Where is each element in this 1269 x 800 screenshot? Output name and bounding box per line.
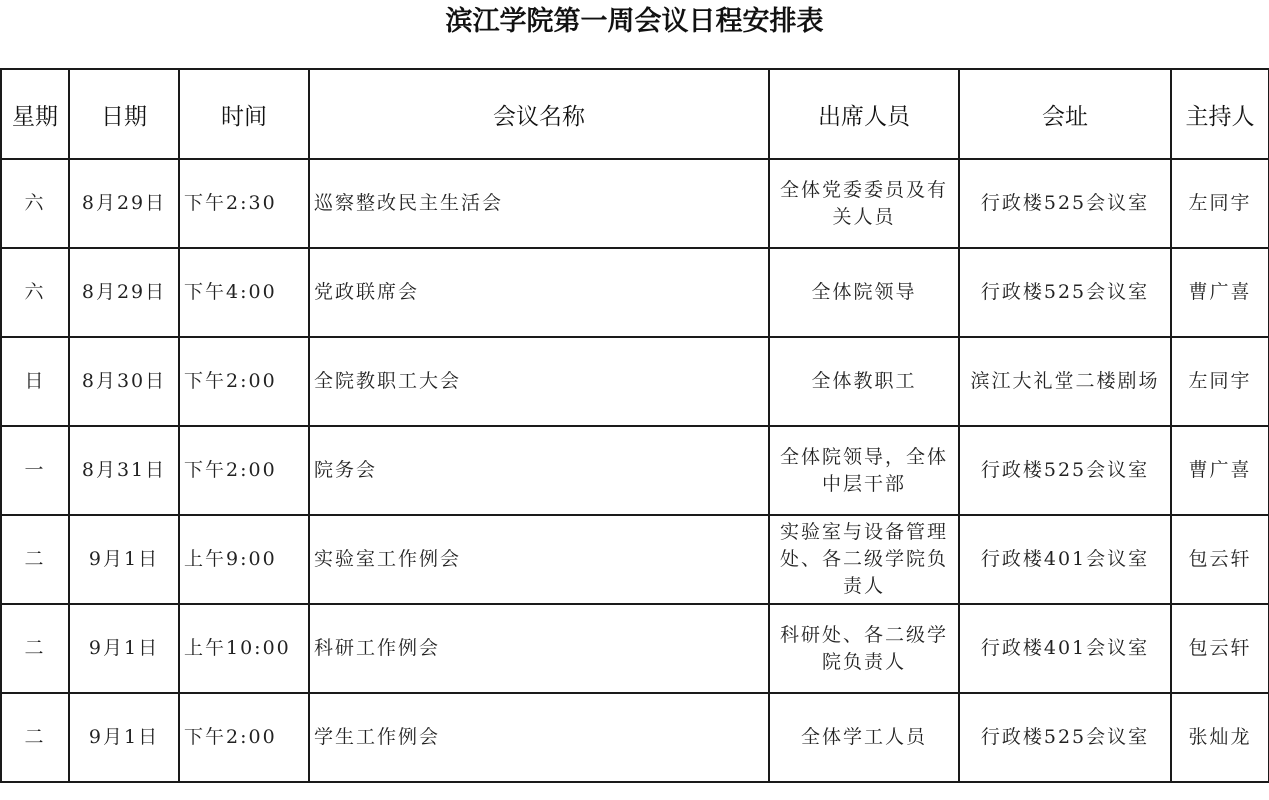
cell-attendees: 全体院领导，全体中层干部	[769, 426, 959, 515]
cell-meeting-name: 学生工作例会	[309, 693, 769, 782]
cell-weekday: 日	[1, 337, 69, 426]
cell-weekday: 六	[1, 159, 69, 248]
cell-meeting-name: 院务会	[309, 426, 769, 515]
table-row: 日 8月30日 下午2:00 全院教职工大会 全体教职工 滨江大礼堂二楼剧场 左…	[1, 337, 1269, 426]
table-row: 二 9月1日 下午2:00 学生工作例会 全体学工人员 行政楼525会议室 张灿…	[1, 693, 1269, 782]
cell-attendees: 全体党委委员及有关人员	[769, 159, 959, 248]
table-row: 二 9月1日 上午9:00 实验室工作例会 实验室与设备管理处、各二级学院负责人…	[1, 515, 1269, 604]
cell-weekday: 二	[1, 693, 69, 782]
header-date: 日期	[69, 69, 179, 159]
cell-time: 下午2:00	[179, 337, 309, 426]
cell-attendees: 全体学工人员	[769, 693, 959, 782]
cell-time: 下午2:00	[179, 693, 309, 782]
cell-date: 9月1日	[69, 604, 179, 693]
cell-attendees: 科研处、各二级学院负责人	[769, 604, 959, 693]
header-row: 星期 日期 时间 会议名称 出席人员 会址 主持人	[1, 69, 1269, 159]
cell-date: 8月29日	[69, 248, 179, 337]
table-row: 一 8月31日 下午2:00 院务会 全体院领导，全体中层干部 行政楼525会议…	[1, 426, 1269, 515]
cell-date: 8月29日	[69, 159, 179, 248]
cell-weekday: 二	[1, 515, 69, 604]
cell-host: 包云轩	[1171, 604, 1269, 693]
document-title: 滨江学院第一周会议日程安排表	[0, 0, 1269, 44]
cell-meeting-name: 科研工作例会	[309, 604, 769, 693]
header-attendees: 出席人员	[769, 69, 959, 159]
header-meeting-name: 会议名称	[309, 69, 769, 159]
meeting-schedule-table: 星期 日期 时间 会议名称 出席人员 会址 主持人 六 8月29日 下午2:30…	[0, 68, 1269, 783]
cell-venue: 行政楼401会议室	[959, 515, 1171, 604]
cell-venue: 行政楼525会议室	[959, 159, 1171, 248]
cell-host: 曹广喜	[1171, 248, 1269, 337]
cell-time: 上午9:00	[179, 515, 309, 604]
cell-weekday: 二	[1, 604, 69, 693]
cell-date: 8月30日	[69, 337, 179, 426]
cell-host: 左同宇	[1171, 159, 1269, 248]
cell-host: 张灿龙	[1171, 693, 1269, 782]
cell-host: 包云轩	[1171, 515, 1269, 604]
table-row: 二 9月1日 上午10:00 科研工作例会 科研处、各二级学院负责人 行政楼40…	[1, 604, 1269, 693]
table-row: 六 8月29日 下午2:30 巡察整改民主生活会 全体党委委员及有关人员 行政楼…	[1, 159, 1269, 248]
cell-venue: 行政楼401会议室	[959, 604, 1171, 693]
cell-meeting-name: 党政联席会	[309, 248, 769, 337]
cell-venue: 滨江大礼堂二楼剧场	[959, 337, 1171, 426]
table-row: 六 8月29日 下午4:00 党政联席会 全体院领导 行政楼525会议室 曹广喜	[1, 248, 1269, 337]
cell-attendees: 实验室与设备管理处、各二级学院负责人	[769, 515, 959, 604]
cell-date: 8月31日	[69, 426, 179, 515]
table-header: 星期 日期 时间 会议名称 出席人员 会址 主持人	[1, 69, 1269, 159]
cell-venue: 行政楼525会议室	[959, 693, 1171, 782]
cell-attendees: 全体院领导	[769, 248, 959, 337]
cell-time: 上午10:00	[179, 604, 309, 693]
cell-time: 下午4:00	[179, 248, 309, 337]
cell-time: 下午2:00	[179, 426, 309, 515]
cell-weekday: 一	[1, 426, 69, 515]
header-venue: 会址	[959, 69, 1171, 159]
cell-meeting-name: 实验室工作例会	[309, 515, 769, 604]
cell-attendees: 全体教职工	[769, 337, 959, 426]
cell-meeting-name: 全院教职工大会	[309, 337, 769, 426]
cell-weekday: 六	[1, 248, 69, 337]
cell-meeting-name: 巡察整改民主生活会	[309, 159, 769, 248]
cell-date: 9月1日	[69, 693, 179, 782]
table-body: 六 8月29日 下午2:30 巡察整改民主生活会 全体党委委员及有关人员 行政楼…	[1, 159, 1269, 782]
cell-host: 曹广喜	[1171, 426, 1269, 515]
cell-time: 下午2:30	[179, 159, 309, 248]
cell-venue: 行政楼525会议室	[959, 426, 1171, 515]
header-time: 时间	[179, 69, 309, 159]
cell-date: 9月1日	[69, 515, 179, 604]
cell-venue: 行政楼525会议室	[959, 248, 1171, 337]
cell-host: 左同宇	[1171, 337, 1269, 426]
header-host: 主持人	[1171, 69, 1269, 159]
header-weekday: 星期	[1, 69, 69, 159]
